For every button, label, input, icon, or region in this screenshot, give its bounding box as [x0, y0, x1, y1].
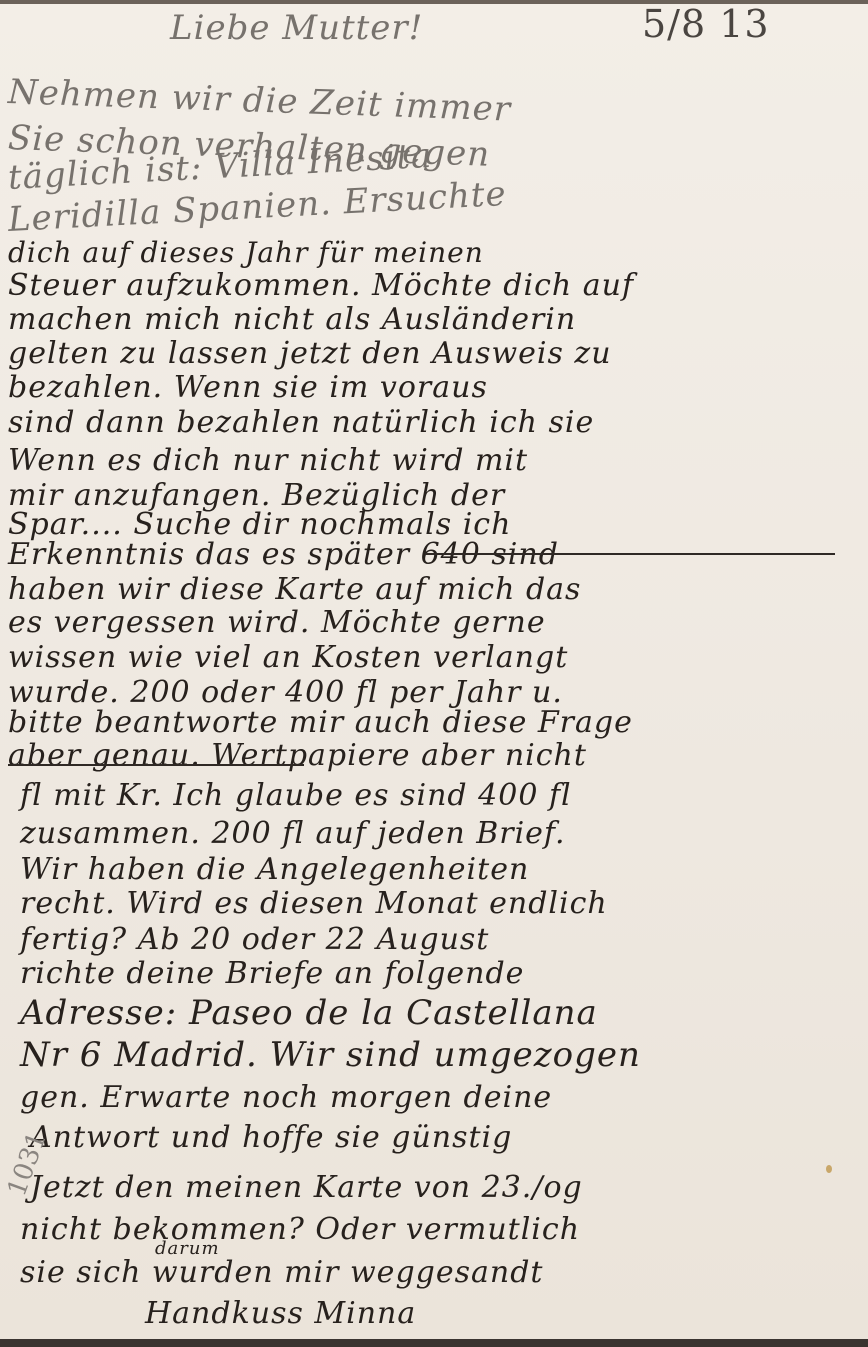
letter-line-10: sind dann bezahlen natürlich ich sie	[8, 405, 594, 440]
letter-line-23: Wir haben die Angelegenheiten	[20, 852, 529, 887]
letter-line-25: fertig? Ab 20 oder 22 August	[20, 922, 489, 957]
letter-line-7: machen mich nicht als Ausländerin	[8, 302, 576, 337]
letter-line-29: gen. Erwarte noch morgen deine	[20, 1080, 552, 1115]
letter-line-30: Antwort und hoffe sie günstig	[30, 1120, 512, 1155]
letter-line-17: wissen wie viel an Kosten verlangt	[8, 640, 568, 675]
letter-line-31: Jetzt den meinen Karte von 23./og	[30, 1170, 583, 1205]
letter-signoff: Handkuss Minna	[145, 1296, 416, 1331]
letter-line-16: es vergessen wird. Möchte gerne	[8, 605, 546, 640]
underline-aber-genau	[8, 764, 304, 766]
letter-line-8: gelten zu lassen jetzt den Ausweis zu	[8, 336, 612, 371]
letter-line-20: aber genau. Wertpapiere aber nicht	[8, 738, 587, 773]
letter-line-24: recht. Wird es diesen Monat endlich	[20, 886, 608, 921]
underline-spaeter-640	[425, 553, 835, 555]
letter-line-32: nicht bekommen? Oder vermutlich	[20, 1212, 580, 1247]
letter-line-21: fl mit Kr. Ich glaube es sind 400 fl	[20, 778, 572, 813]
letter-line-9: bezahlen. Wenn sie im voraus	[8, 370, 488, 405]
letter-line-27: Adresse: Paseo de la Castellana	[20, 993, 598, 1033]
letter-line-15: haben wir diese Karte auf mich das	[8, 572, 581, 607]
letter-date: 5/8 13	[642, 2, 770, 46]
letter-line-6: Steuer aufzukommen. Möchte dich auf	[8, 268, 634, 303]
letter-greeting: Liebe Mutter!	[170, 8, 423, 48]
letter-line-26: richte deine Briefe an folgende	[20, 956, 524, 991]
letter-line-5: dich auf dieses Jahr für meinen	[8, 236, 484, 269]
letter-line-11: Wenn es dich nur nicht wird mit	[8, 443, 528, 478]
letter-line-33: sie sich wurden mir weggesandt	[20, 1255, 543, 1290]
letter-line-19: bitte beantworte mir auch diese Frage	[8, 705, 633, 740]
letter-page: Liebe Mutter! 5/8 13 Nehmen wir die Zeit…	[0, 0, 868, 1347]
paper-stain	[826, 1165, 832, 1173]
letter-line-28: Nr 6 Madrid. Wir sind umgezogen	[20, 1035, 641, 1075]
letter-line-22: zusammen. 200 fl auf jeden Brief.	[20, 816, 566, 851]
